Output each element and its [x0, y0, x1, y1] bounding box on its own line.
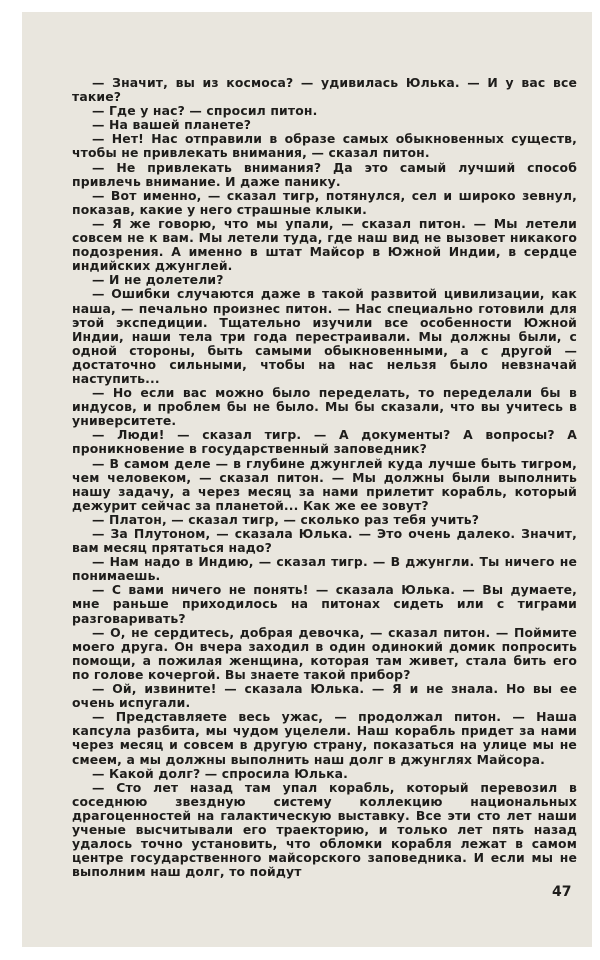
paragraph: — Нет! Нас отправили в образе самых обык…	[72, 132, 577, 160]
paragraph: — Люди! — сказал тигр. — А документы? А …	[72, 428, 577, 456]
page-number: 47	[552, 884, 571, 900]
paragraph: — Не привлекать внимания? Да это самый л…	[72, 161, 577, 189]
page-text: — Значит, вы из космоса? — удивилась Юль…	[72, 76, 577, 879]
paragraph: — В самом деле — в глубине джунглей куда…	[72, 457, 577, 513]
paragraph: — Я же говорю, что мы упали, — сказал пи…	[72, 217, 577, 273]
paragraph: — Представляете весь ужас, — продолжал п…	[72, 710, 577, 766]
book-page: — Значит, вы из космоса? — удивилась Юль…	[22, 12, 592, 947]
paragraph: — И не долетели?	[72, 273, 577, 287]
paragraph: — За Плутоном, — сказала Юлька. — Это оч…	[72, 527, 577, 555]
paragraph: — С вами ничего не понять! — сказала Юль…	[72, 583, 577, 625]
paragraph: — Какой долг? — спросила Юлька.	[72, 767, 577, 781]
paragraph: — Ой, извините! — сказала Юлька. — Я и н…	[72, 682, 577, 710]
paragraph: — Нам надо в Индию, — сказал тигр. — В д…	[72, 555, 577, 583]
paragraph: — На вашей планете?	[72, 118, 577, 132]
paragraph: — Сто лет назад там упал корабль, которы…	[72, 781, 577, 880]
paragraph: — О, не сердитесь, добрая девочка, — ска…	[72, 626, 577, 682]
paragraph: — Ошибки случаются даже в такой развитой…	[72, 287, 577, 386]
paragraph: — Платон, — сказал тигр, — сколько раз т…	[72, 513, 577, 527]
paragraph: — Значит, вы из космоса? — удивилась Юль…	[72, 76, 577, 104]
paragraph: — Вот именно, — сказал тигр, потянулся, …	[72, 189, 577, 217]
paragraph: — Где у нас? — спросил питон.	[72, 104, 577, 118]
paragraph: — Но если вас можно было переделать, то …	[72, 386, 577, 428]
